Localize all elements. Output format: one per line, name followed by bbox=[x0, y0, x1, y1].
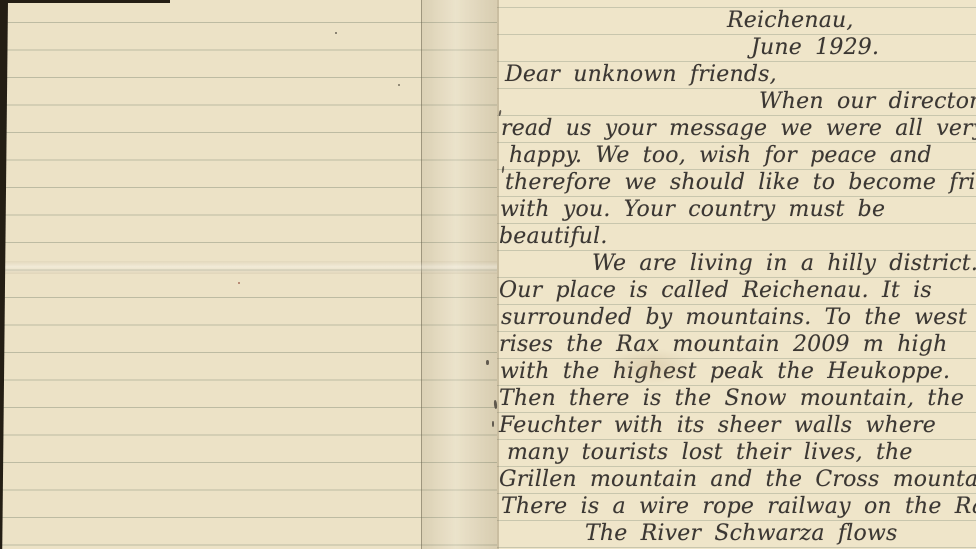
paper-dot bbox=[398, 84, 400, 86]
ink-speck bbox=[486, 360, 489, 365]
letter-body-line: beautiful. bbox=[499, 224, 976, 251]
letter-body-line: read us your message we were all very bbox=[499, 116, 976, 143]
letter-date: June 1929. bbox=[499, 35, 976, 62]
letter-body-line: Grillen mountain and the Cross mountain. bbox=[499, 467, 976, 494]
letter-body-line: surrounded by mountains. To the west bbox=[499, 305, 976, 332]
letter-body-line: with you. Your country must be bbox=[499, 197, 976, 224]
ink-speck bbox=[492, 421, 494, 427]
page-gutter bbox=[421, 0, 497, 549]
letter-place: Reichenau, bbox=[499, 8, 976, 35]
letter-body-line: happy. We too, wish for peace and bbox=[499, 143, 976, 170]
letter-body-line: Feuchter with its sheer walls where bbox=[499, 413, 976, 440]
paper-dot bbox=[238, 282, 240, 284]
letter-body-line: Our place is called Reichenau. It is bbox=[499, 278, 976, 305]
letter-body-line: We are living in a hilly district. bbox=[499, 251, 976, 278]
letter-photograph: Reichenau, June 1929. Dear unknown frien… bbox=[0, 0, 976, 549]
letter-body-line: The River Schwarza flows bbox=[499, 521, 976, 548]
blank-left-page bbox=[0, 0, 421, 549]
paper-dot bbox=[335, 32, 337, 34]
letter-body-line: therefore we should like to become frien… bbox=[499, 170, 976, 197]
letter-body-line: When our director bbox=[499, 89, 976, 116]
letter-body-line: There is a wire rope railway on the Rax. bbox=[499, 494, 976, 521]
photo-dark-edge-top bbox=[0, 0, 170, 3]
letter-body-line: with the highest peak the Heukoppe. bbox=[499, 359, 976, 386]
letter-body-line: Then there is the Snow mountain, the bbox=[499, 386, 976, 413]
letter-body-line: rises the Rax mountain 2009 m high bbox=[499, 332, 976, 359]
letter-salutation: Dear unknown friends, bbox=[499, 62, 976, 89]
letter-page: Reichenau, June 1929. Dear unknown frien… bbox=[497, 0, 976, 549]
letter-body-line: many tourists lost their lives, the bbox=[499, 440, 976, 467]
paper-stain bbox=[608, 348, 694, 384]
paper-fold-crease bbox=[0, 261, 497, 274]
